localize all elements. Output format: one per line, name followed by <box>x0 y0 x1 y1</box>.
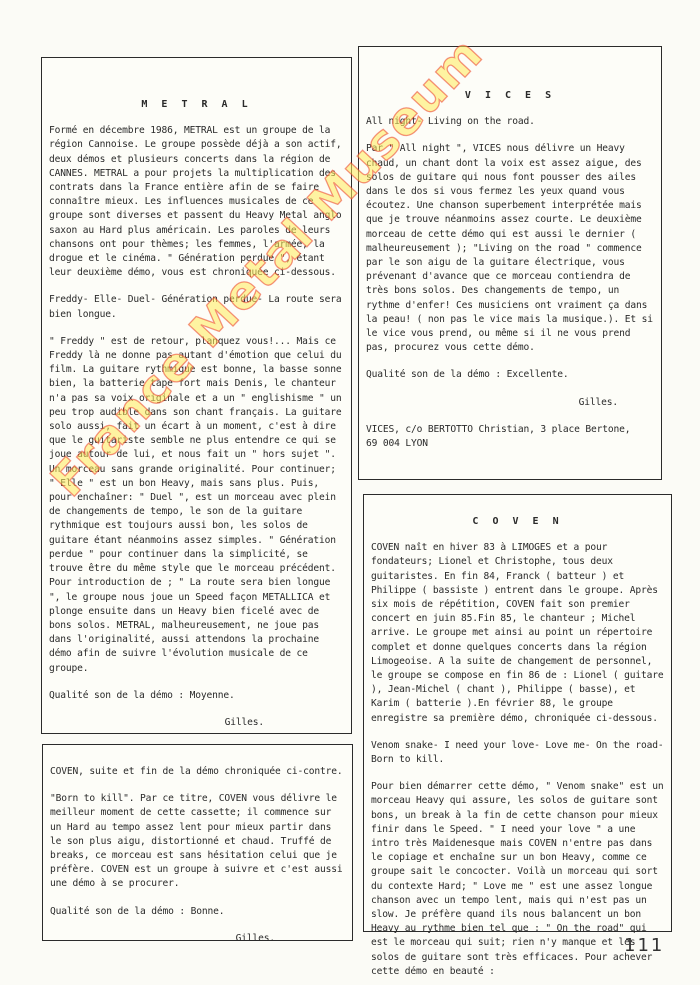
page-number: 111 <box>624 935 664 956</box>
vices-tracklist: All night- Living on the road. <box>366 115 654 129</box>
vices-review-text: Par " All night ", VICES nous délivre un… <box>366 142 654 355</box>
coven-continued-heading: COVEN, suite et fin de la démo chroniqué… <box>50 765 345 779</box>
metral-signature: Gilles. <box>49 716 344 730</box>
metral-title: M E T R A L <box>49 98 344 112</box>
coven-review-text: Pour bien démarrer cette démo, " Venom s… <box>371 780 664 979</box>
coven-intro: COVEN naît en hiver 83 à LIMOGES et a po… <box>371 541 664 726</box>
metral-intro: Formé en décembre 1986, METRAL est un gr… <box>49 124 344 280</box>
metral-tracklist: Freddy- Elle- Duel- Génération perdue- L… <box>49 293 344 321</box>
metral-quality: Qualité son de la démo : Moyenne. <box>49 689 344 703</box>
coven-continued-signature: Gilles. <box>50 932 345 946</box>
coven-tracklist: Venom snake- I need your love- Love me- … <box>371 739 664 767</box>
coven-continued-box: COVEN, suite et fin de la démo chroniqué… <box>42 744 353 941</box>
coven-continued-review: "Born to kill". Par ce titre, COVEN vous… <box>50 792 345 891</box>
vices-contact: VICES, c/o BERTOTTO Christian, 3 place B… <box>366 423 654 451</box>
vices-title: V I C E S <box>366 89 654 103</box>
coven-title: C O V E N <box>371 515 664 529</box>
vices-review-box: V I C E S All night- Living on the road.… <box>358 46 662 480</box>
vices-quality: Qualité son de la démo : Excellente. <box>366 368 654 382</box>
coven-review-box: C O V E N COVEN naît en hiver 83 à LIMOG… <box>363 494 672 932</box>
metral-review-box: M E T R A L Formé en décembre 1986, METR… <box>41 57 352 734</box>
metral-review-text: " Freddy " est de retour, planquez vous!… <box>49 335 344 676</box>
vices-signature: Gilles. <box>366 396 654 410</box>
coven-continued-quality: Qualité son de la démo : Bonne. <box>50 905 345 919</box>
